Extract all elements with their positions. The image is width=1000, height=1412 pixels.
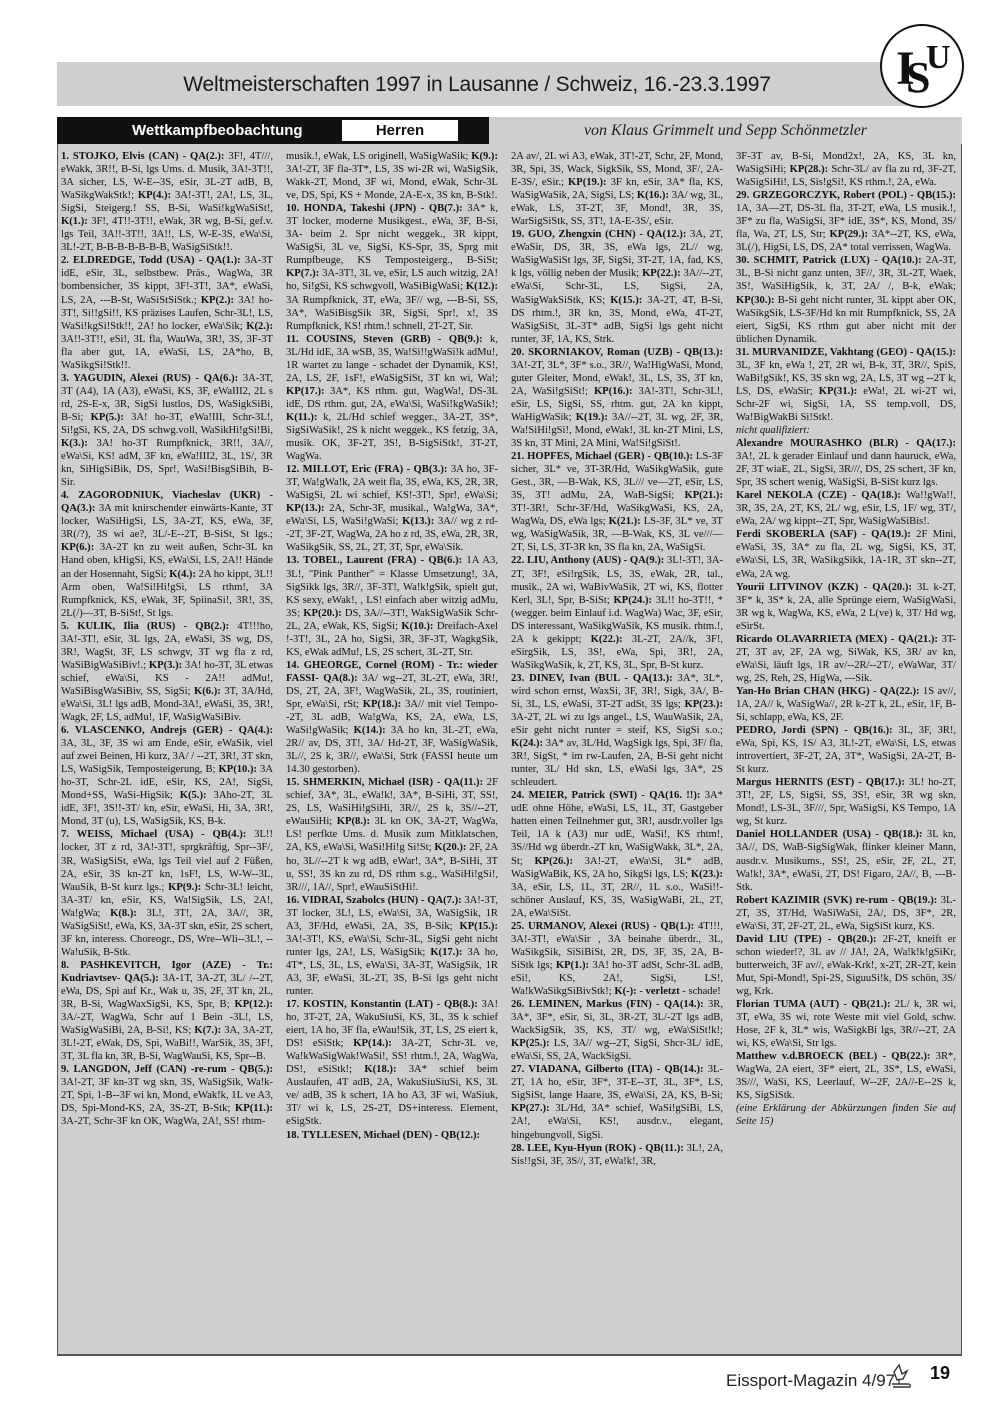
skater-entry: 7. WEISS, Michael (USA) - QB(4.): 3L!! l… <box>61 828 273 958</box>
program-label: K(18.): <box>364 1064 396 1075</box>
skater-name-heading: 5. KULIK, Ilia (RUS) - QB(2.): <box>61 621 229 632</box>
section-bar: Wettkampfbeobachtung Herren von Klaus Gr… <box>57 117 962 144</box>
program-label: KP(6.): <box>61 542 94 553</box>
skater-entry: 5. KULIK, Ilia (RUS) - QB(2.): 4T!!!ho, … <box>61 620 273 724</box>
text-column-2: musik.!, eWak, LS originell, WaSigWaSik;… <box>286 150 498 1350</box>
program-label: KP(23.): <box>684 699 723 710</box>
short-program-notes: musik.!, eWak, LS originell, WaSigWaSik; <box>286 151 471 162</box>
skater-name-heading: 19. GUO, Zhengxin (CHN) - QA(12.): <box>511 229 686 240</box>
program-label: K(12.): <box>466 281 498 292</box>
program-label: K(23.): <box>691 869 723 880</box>
program-label: KP(20.): <box>303 608 342 619</box>
program-label: K(1.): <box>61 216 88 227</box>
skater-entry: David LIU (TPE) - QB(20.): 2F-2T, kneift… <box>736 933 956 998</box>
skater-entry: 29. GRZEGORCZYK, Robert (POL) - QB(15.):… <box>736 189 956 254</box>
skater-name-heading: 6. VLASCENKO, Andrejs (GER) - QA(4.): <box>61 725 273 736</box>
program-label: K(10.): <box>401 621 433 632</box>
skater-entry: 10. HONDA, Takeshi (JPN) - QB(7.): 3A* k… <box>286 202 498 332</box>
skater-entry: 24. MEIER, Patrick (SWI) - QA(16. !!): 3… <box>511 789 723 919</box>
skater-entry: 14. GHEORGE, Cornel (ROM) - Tr.: wieder … <box>286 659 498 776</box>
skater-entry: 26. LEMINEN, Markus (FIN) - QA(14.): 3R,… <box>511 998 723 1063</box>
skater-name-heading: 26. LEMINEN, Markus (FIN) - QA(14.): <box>511 999 704 1010</box>
skater-entry: 18. TYLLESEN, Michael (DEN) - QB(12.): <box>286 1129 498 1142</box>
skater-name-heading: 18. TYLLESEN, Michael (DEN) - QB(12.): <box>286 1130 480 1141</box>
skater-entry: 25. URMANOV, Alexei (RUS) - QB(1.): 4T!!… <box>511 920 723 998</box>
skater-entry: Ricardo OLAVARRIETA (MEX) - QA(21.): 3T-… <box>736 633 956 685</box>
program-label: K(20.): <box>434 842 466 853</box>
skater-entry: Florian TUMA (AUT) - QB(21.): 2L/ k, 3R … <box>736 998 956 1050</box>
program-label: KP(1.): <box>556 960 589 971</box>
skater-name-heading: 12. MILLOT, Eric (FRA) - QB(3.): <box>286 464 447 475</box>
footer-publication: Eissport-Magazin 4/97 <box>726 1366 895 1396</box>
page-number: 19 <box>930 1363 950 1384</box>
program-label: K(17.): <box>430 947 462 958</box>
skater-name-heading: 20. SKORNIAKOV, Roman (UZB) - QB(13.): <box>511 347 723 358</box>
skater-name-heading: Yan-Ho Brian CHAN (HKG) - QA(22.): <box>736 686 920 697</box>
program-label: K(4.): <box>169 569 196 580</box>
skater-name-heading: 10. HONDA, Takeshi (JPN) - QB(7.): <box>286 203 463 214</box>
skater-name-heading: Florian TUMA (AUT) - QB(21.): <box>736 999 890 1010</box>
program-label: KP(3.): <box>149 660 182 671</box>
section-note: nicht qualifiziert: <box>736 424 956 437</box>
program-label: KP(17.): <box>286 386 325 397</box>
skater-name-heading: 1. STOJKO, Elvis (CAN) - QA(2.): <box>61 151 224 162</box>
skater-entry: 15. SHMERKIN, Michael (ISR) - QA(11.): 2… <box>286 776 498 893</box>
program-label: K(14.): <box>354 725 386 736</box>
program-notes: 3A-2T, Schr-3F kn OK, WagWa, 2A!, SS! rh… <box>61 1116 266 1127</box>
skater-name-heading: Karel NEKOLA (CZE) - QA(18.): <box>736 490 901 501</box>
skater-name-heading: 13. TOBEL, Laurent (FRA) - QB(6.): <box>286 555 462 566</box>
program-label: K(13.): <box>402 516 434 527</box>
program-label: KP(12.): <box>234 999 273 1010</box>
skater-name-heading: 24. MEIER, Patrick (SWI) - QA(16. !!): <box>511 790 700 801</box>
skater-entry: 6. VLASCENKO, Andrejs (GER) - QA(4.): 3A… <box>61 724 273 828</box>
program-label: K(5.): <box>180 790 207 801</box>
program-notes: 3A, eSir, LS, 1L, 3T, 2R//, 1L s.o., WaS… <box>511 882 723 919</box>
skater-entry: Yan-Ho Brian CHAN (HKG) - QA(22.): 1S av… <box>736 685 956 724</box>
program-notes: 3F!, 4T!!-3T!!, eWak, 3R wg, B-Si, gef.v… <box>61 216 273 253</box>
skater-entry: 8. PASHKEVITCH, Igor (AZE) - Tr.: Kudria… <box>61 959 273 1063</box>
skater-entry: Daniel HOLLANDER (USA) - QB(18.): 3L kn,… <box>736 828 956 893</box>
skater-entry: 31. MURVANIDZE, Vakhtang (GEO) - QA(15.)… <box>736 346 956 424</box>
program-label: KP(30.): <box>736 295 775 306</box>
article-body: 1. STOJKO, Elvis (CAN) - QA(2.): 3F!, 4T… <box>57 144 962 1356</box>
program-notes: 3A! ho-3T Rumpfknick, 3R!!, 3A//, eWa\Si… <box>61 438 273 488</box>
skater-entry: 12. MILLOT, Eric (FRA) - QB(3.): 3A ho, … <box>286 463 498 554</box>
skater-name-heading: 15. SHMERKIN, Michael (ISR) - QA(11.): <box>286 777 483 788</box>
program-label: KP(14.): <box>353 1038 392 1049</box>
program-label: KP(28.): <box>790 164 829 175</box>
program-label: K(15.): <box>610 295 642 306</box>
program-notes: 3A!-2T, 3F fla-3T*, LS, 3S wi-2R wi, WaS… <box>286 164 498 201</box>
program-notes: 3A-2T, 2L wi zu lgs angel., LS, WauWaSik… <box>511 712 723 736</box>
skater-name-heading: 7. WEISS, Michael (USA) - QB(4.): <box>61 829 246 840</box>
skater-entry: 1. STOJKO, Elvis (CAN) - QA(2.): 3F!, 4T… <box>61 150 273 254</box>
skater-entry: 22. LIU, Anthony (AUS) - QA(9.): 3L!-3T!… <box>511 554 723 671</box>
skater-entry: PEDRO, Jordi (SPN) - QB(16.): 3L, 3F, 3R… <box>736 724 956 776</box>
skater-name-heading: 17. KOSTIN, Konstantin (LAT) - QB(8.): <box>286 999 478 1010</box>
skater-entry: Robert KAZIMIR (SVK) re-rum - QB(19.): 3… <box>736 894 956 933</box>
skater-name-heading: 9. LANGDON, Jeff (CAN) -re-rum - QB(5.): <box>61 1064 273 1075</box>
program-label: KP(18.): <box>363 699 402 710</box>
skater-entry: musik.!, eWak, LS originell, WaSigWaSik;… <box>286 150 498 202</box>
program-label: KP(19.): <box>568 177 607 188</box>
program-label: K(16.): <box>637 190 669 201</box>
program-label: KP(24.): <box>614 595 653 606</box>
skater-entry: 3F-3T av, B-Si, Mond2x!, 2A, KS, 3L kn, … <box>736 150 956 189</box>
skater-entry: 9. LANGDON, Jeff (CAN) -re-rum - QB(5.):… <box>61 1063 273 1128</box>
skater-name-heading: 22. LIU, Anthony (AUS) - QA(9.): <box>511 555 664 566</box>
program-label: K(19.): <box>576 412 608 423</box>
skater-name-heading: Daniel HOLLANDER (USA) - QB(18.): <box>736 829 922 840</box>
program-label: KP(26.): <box>534 856 573 867</box>
short-program-notes: 3A!, 2L k gerader Einlauf und dann hauru… <box>736 451 956 488</box>
skater-name-heading: 21. HOPFES, Michael (GER) - QB(10.): <box>511 451 693 462</box>
skater-entry: 17. KOSTIN, Konstantin (LAT) - QB(8.): 3… <box>286 998 498 1128</box>
section-label: Wettkampfbeobachtung <box>132 117 303 144</box>
program-label: KP(5.): <box>91 412 124 423</box>
program-label: KP(11.): <box>235 1103 273 1114</box>
skater-name-heading: 27. VIADANA, Gilberto (ITA) - QB(14.): <box>511 1064 704 1075</box>
skater-entry: 16. VIDRAI, Szabolcs (HUN) - QA(7.): 3A!… <box>286 894 498 998</box>
skater-entry: 2A av/, 2L wi A3, eWak, 3T!-2T, Schr, 2F… <box>511 150 723 228</box>
skater-name-heading: 16. VIDRAI, Szabolcs (HUN) - QA(7.): <box>286 895 462 906</box>
program-label: KP(31.): <box>819 386 858 397</box>
program-label: KP(25.): <box>511 1038 550 1049</box>
text-column-3: 2A av/, 2L wi A3, eWak, 3T!-2T, Schr, 2F… <box>511 150 723 1350</box>
program-label: KP(29.): <box>829 229 868 240</box>
program-label: KP(21.): <box>684 490 723 501</box>
program-label: KP(2.): <box>201 295 234 306</box>
skater-entry: 13. TOBEL, Laurent (FRA) - QB(6.): 1A A3… <box>286 554 498 658</box>
program-notes: k, 2L/Hd schief wegger., 3A-2T, 3S*, Sig… <box>286 412 498 462</box>
skater-entry: Alexandre MOURASHKO (BLR) - QA(17.): 3A!… <box>736 437 956 489</box>
skater-logo-icon <box>885 1362 915 1392</box>
isu-logo-icon: I S U <box>880 24 964 108</box>
program-label: K(-): <box>614 986 636 997</box>
skater-entry: 30. SCHMIT, Patrick (LUX) - QA(10.): 2A-… <box>736 254 956 345</box>
skater-entry: 20. SKORNIAKOV, Roman (UZB) - QB(13.): 3… <box>511 346 723 450</box>
skater-name-heading: 2. ELDREDGE, Todd (USA) - QA(1.): <box>61 255 241 266</box>
skater-entry: 23. DINEV, Ivan (BUL - QA(13.): 3A*, 3L*… <box>511 672 723 789</box>
skater-name-heading: Robert KAZIMIR (SVK) re-rum - QB(19.): <box>736 895 937 906</box>
skater-name-heading: Matthew v.d.BROECK (BEL) - QB(22.): <box>736 1051 930 1062</box>
program-label: KP(8.): <box>337 816 370 827</box>
section-note: (eine Erklärung der Abkürzungen finden S… <box>736 1102 956 1128</box>
skater-name-heading: 30. SCHMIT, Patrick (LUX) - QA(10.): <box>736 255 922 266</box>
page-title: Weltmeisterschaften 1997 in Lausanne / S… <box>57 62 897 106</box>
program-label: KP(13.): <box>286 503 325 514</box>
skater-name-heading: 3. YAGUDIN, Alexei (RUS) - QA(6.): <box>61 373 238 384</box>
skater-entry: 27. VIADANA, Gilberto (ITA) - QB(14.): 3… <box>511 1063 723 1141</box>
skater-entry: 21. HOPFES, Michael (GER) - QB(10.): LS-… <box>511 450 723 554</box>
skater-name-heading: 31. MURVANIDZE, Vakhtang (GEO) - QA(15.)… <box>736 347 956 358</box>
program-label: K(22.): <box>591 634 623 645</box>
text-column-1: 1. STOJKO, Elvis (CAN) - QA(2.): 3F!, 4T… <box>61 150 273 1350</box>
skater-entry: 2. ELDREDGE, Todd (USA) - QA(1.): 3A-3T … <box>61 254 273 371</box>
skater-entry: 19. GUO, Zhengxin (CHN) - QA(12.): 3A, 2… <box>511 228 723 345</box>
program-label: KP(16.): <box>594 386 633 397</box>
skater-name-heading: David LIU (TPE) - QB(20.): <box>736 934 877 945</box>
skater-entry: Karel NEKOLA (CZE) - QA(18.): Wa!!gWa!!,… <box>736 489 956 528</box>
category-tab: Herren <box>342 120 458 141</box>
program-label: K(7.): <box>194 1025 221 1036</box>
program-notes: 3A Rumpfknick, 3T, eWa, 3F// wg, ---B-Si… <box>286 295 498 332</box>
section-label-box: Wettkampfbeobachtung Herren <box>57 117 489 144</box>
skater-entry: Margus HERNITS (EST) - QB(17.): 3L! ho-2… <box>736 776 956 828</box>
program-label: K(11.): <box>286 412 317 423</box>
skater-name-heading: 25. URMANOV, Alexei (RUS) - QB(1.): <box>511 921 694 932</box>
program-label: K(9.): <box>471 151 498 162</box>
skater-entry: Yourii LITVINOV (KZK) - QA(20.): 3L k-2T… <box>736 581 956 633</box>
program-label: K(21.): <box>609 516 641 527</box>
skater-name-heading: 29. GRZEGORCZYK, Robert (POL) - QB(15.): <box>736 190 956 201</box>
program-label: K(8.): <box>110 908 137 919</box>
skater-name-heading: Alexandre MOURASHKO (BLR) - QA(17.): <box>736 438 956 449</box>
program-label: K(2.): <box>246 321 273 332</box>
skater-entry: Ferdi SKOBERLA (SAF) - QA(19.): 2F Mini,… <box>736 528 956 580</box>
program-label: KP(27.): <box>511 1103 550 1114</box>
title-banner: Weltmeisterschaften 1997 in Lausanne / S… <box>57 62 917 106</box>
program-label: KP(9.): <box>168 882 201 893</box>
skater-entry: Matthew v.d.BROECK (BEL) - QB(22.): 3R*,… <box>736 1050 956 1102</box>
program-label: KP(15.): <box>459 921 498 932</box>
skater-entry: 3. YAGUDIN, Alexei (RUS) - QA(6.): 3A-3T… <box>61 372 273 489</box>
svg-text:U: U <box>926 39 951 76</box>
program-label: K(24.): <box>511 738 543 749</box>
skater-name-heading: Ferdi SKOBERLA (SAF) - QA(19.): <box>736 529 911 540</box>
program-notes: - schade! <box>680 986 721 997</box>
program-label: K(6.): <box>194 686 221 697</box>
program-label: KP(10.): <box>218 764 257 775</box>
program-label: KP(4.): <box>138 190 171 201</box>
program-notes: - <box>637 986 646 997</box>
program-notes: 3A!!-3T!!, eSi!, 3L fla, WauWa, 3R!, 3S,… <box>61 334 273 371</box>
skater-name-heading: Ricardo OLAVARRIETA (MEX) - QA(21.): <box>736 634 938 645</box>
program-label: verletzt <box>646 986 680 997</box>
program-notes: 3A* av, 3L/Hd, WagSigk lgs, Spi, 3F/ fla… <box>511 738 723 788</box>
program-label: KP(7.): <box>286 268 319 279</box>
skater-name-heading: 23. DINEV, Ivan (BUL - QA(13.): <box>511 673 673 684</box>
skater-name-heading: Margus HERNITS (EST) - QB(17.): <box>736 777 905 788</box>
skater-entry: 28. LEE, Kyu-Hyun (ROK) - QB(11.): 3L!, … <box>511 1142 723 1168</box>
text-column-4: 3F-3T av, B-Si, Mond2x!, 2A, KS, 3L kn, … <box>736 150 956 1350</box>
program-label: K(3.): <box>61 438 88 449</box>
skater-name-heading: 11. COUSINS, Steven (GRB) - QB(9.): <box>286 334 483 345</box>
skater-entry: 11. COUSINS, Steven (GRB) - QB(9.): k, 3… <box>286 333 498 463</box>
skater-name-heading: Yourii LITVINOV (KZK) - QA(20.): <box>736 582 912 593</box>
author-byline: von Klaus Grimmelt und Sepp Schönmetzler <box>489 117 962 144</box>
skater-name-heading: 28. LEE, Kyu-Hyun (ROK) - QB(11.): <box>511 1143 684 1154</box>
program-label: KP(22.): <box>642 268 681 279</box>
skater-name-heading: PEDRO, Jordi (SPN) - QB(16.): <box>736 725 893 736</box>
skater-entry: 4. ZAGORODNIUK, Viacheslav (UKR) - QA(3.… <box>61 489 273 619</box>
